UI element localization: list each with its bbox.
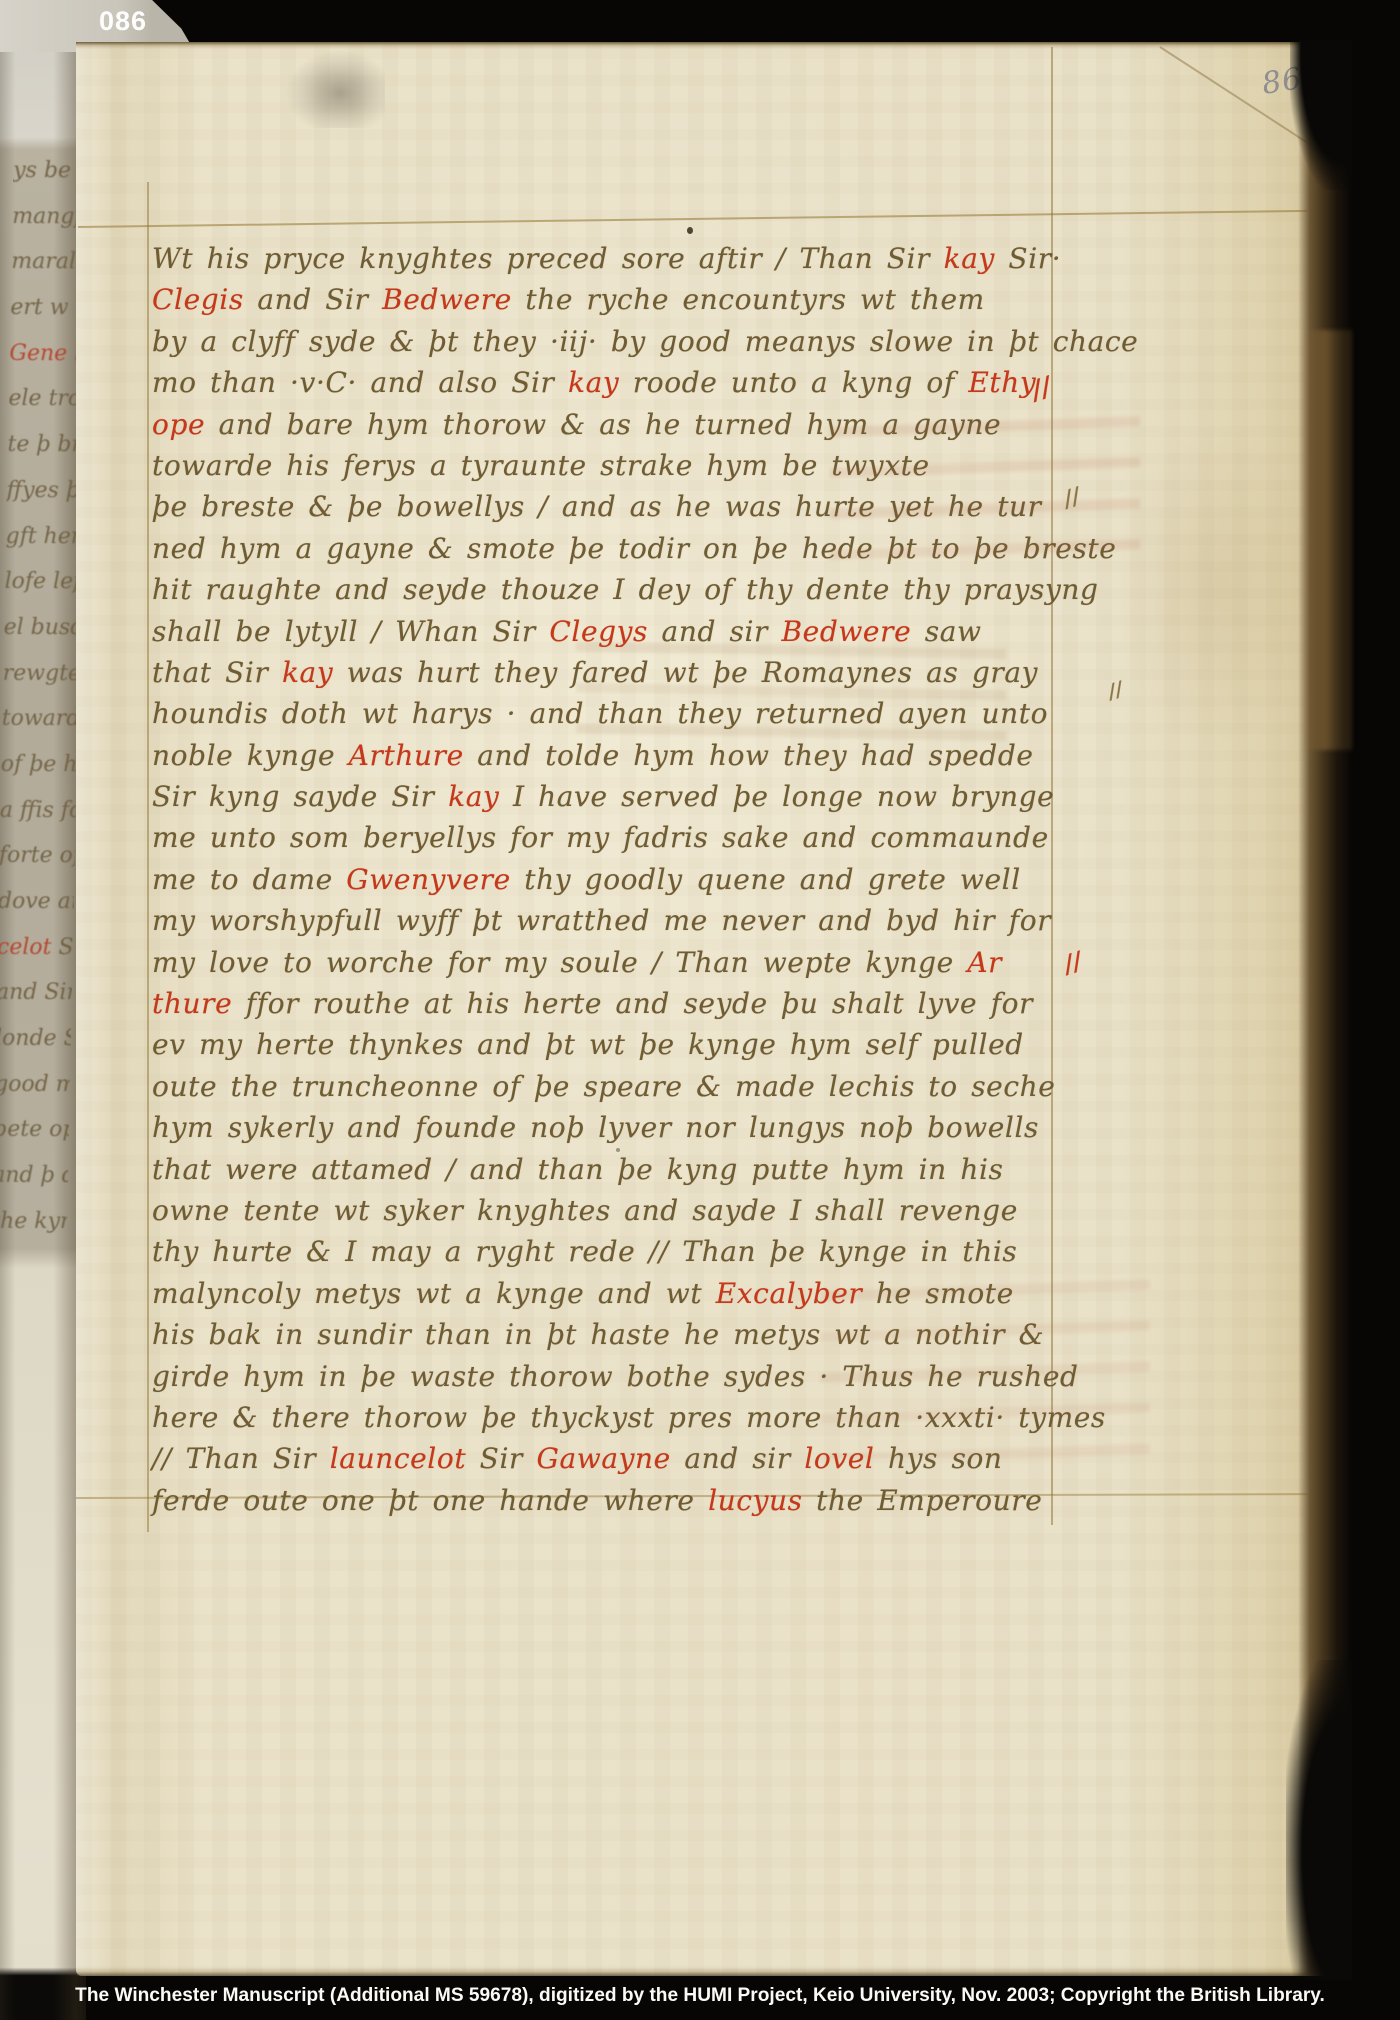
ink-text: by a clyff syde & þt they ·iij· by good … [152, 325, 1138, 358]
ink-text: thy goodly quene and grete well [511, 863, 1021, 896]
stain [285, 50, 385, 128]
rubricated-word: kay [448, 780, 499, 813]
ink-text: // Than Sir [152, 1442, 330, 1475]
manuscript-line: Sir kyng sayde Sir kay I have served þe … [152, 776, 1082, 817]
ink-text: me to dame [152, 863, 346, 896]
rubricated-word: ope [152, 408, 205, 441]
ink-text: Wt his pryce knyghtes preced sore aftir … [152, 242, 944, 275]
ink-text: was hurt they fared wt þe Romaynes as gr… [333, 656, 1038, 689]
rubricated-word: Bedwere [382, 283, 512, 316]
ink-speck [687, 227, 693, 234]
rubricated-word: thure [152, 987, 232, 1020]
prev-page-text-fragment: dove and Sir Bo [0, 879, 74, 925]
prev-page-text-fragment: gft here þ fo [5, 513, 81, 559]
prev-page-text-fragment: lofe left ut [5, 559, 81, 605]
prev-page-text-fragment: towarde Galop [2, 696, 78, 742]
prev-page-text-fragment: Gene hylad k [9, 331, 85, 377]
ink-text: hym sykerly and founde noþ lyver nor lun… [152, 1111, 1039, 1144]
manuscript-line: þe breste & þe bowellys / and as he was … [152, 486, 1082, 527]
rubricated-word: launcelot [330, 1442, 466, 1475]
ink-text: ferde oute one þt one hande where [152, 1484, 708, 1517]
ink-text: oute the truncheonne of þe speare & made… [152, 1070, 1055, 1103]
manuscript-line: ned hym a gayne & smote þe todir on þe h… [152, 528, 1082, 569]
rubricated-word: Clegys [549, 615, 648, 648]
ink-text: noble kynge [152, 739, 349, 772]
prev-page-text-fragment: rewgte he bofe [3, 650, 79, 696]
manuscript-line: owne tente wt syker knyghtes and sayde I… [152, 1190, 1082, 1231]
ink-text: Sir [466, 1442, 536, 1475]
ink-text: owne tente wt syker knyghtes and sayde I… [152, 1194, 1018, 1227]
rubricated-word: celot [0, 935, 58, 960]
ink-text: malyncoly metys wt a kynge and wt [152, 1277, 716, 1310]
ruling-line-top [78, 210, 1308, 228]
rubricated-word: Gene [9, 341, 74, 366]
manuscript-line: houndis doth wt harys · and than they re… [152, 693, 1082, 734]
ink-text: mo than ·v·C· and also Sir [152, 366, 568, 399]
ink-text: and bare hym thorow & as he turned hym a… [205, 408, 1001, 441]
manuscript-line: by a clyff syde & þt they ·iij· by good … [152, 321, 1082, 362]
prev-page-text-fragment: el busdgys an [4, 605, 80, 651]
ink-text: and Sir [244, 283, 382, 316]
ink-text: Sir· [995, 242, 1061, 275]
manuscript-line: thy hurte & I may a ryght rede // Than þ… [152, 1231, 1082, 1272]
manuscript-line: that Sir kay was hurt they fared wt þe R… [152, 652, 1082, 693]
ink-text: his bak in sundir than in þt haste he me… [152, 1318, 1044, 1351]
manuscript-line: shall be lytyll / Whan Sir Clegys and si… [152, 611, 1082, 652]
prev-page-text-fragment: good men of e [0, 1062, 70, 1108]
ruling-line-left [147, 182, 149, 1532]
ink-text: girde hym in þe waste thorow bothe sydes… [152, 1360, 1079, 1393]
manuscript-line: malyncoly metys wt a kynge and wt Excaly… [152, 1273, 1082, 1314]
ink-text: I have served þe longe now brynge [499, 780, 1054, 813]
ink-text: ffor routhe at his herte and seyde þu sh… [232, 987, 1033, 1020]
ink-text: saw [911, 615, 981, 648]
manuscript-line: oute the truncheonne of þe speare & made… [152, 1066, 1082, 1107]
rubricated-word: Ar [967, 946, 1002, 979]
ink-text: shall be lytyll / Whan Sir [152, 615, 549, 648]
rubricated-word: kay [944, 242, 995, 275]
ink-text: hit raughte and seyde thouze I dey of th… [152, 573, 1099, 606]
prev-page-text-fragment: and Sir Ywa [0, 970, 72, 1016]
ink-text: ned hym a gayne & smote þe todir on þe h… [152, 532, 1116, 565]
ink-text: he smote [862, 1277, 1013, 1310]
prev-page-text-fragment: bete oppon þ hys [0, 1107, 69, 1153]
rubricated-word: Gwenyvere [346, 863, 511, 896]
rubricated-word: lucyus [708, 1484, 803, 1517]
prev-page-text-fragment: te þ bragned ff [7, 422, 83, 468]
fore-edge-highlight [1304, 330, 1352, 750]
ink-text: roode unto a kyng of [619, 366, 968, 399]
ink-text: me unto som beryellys for my fadris sake… [152, 821, 1049, 854]
rubricated-word: Excalyber [716, 1277, 863, 1310]
manuscript-line: my worshypfull wyff þt wratthed me never… [152, 900, 1082, 941]
ink-text: my love to worche for my soule / Than we… [152, 946, 967, 979]
frame-number-label: 086 [99, 6, 147, 37]
manuscript-line: // Than Sir launcelot Sir Gawayne and si… [152, 1438, 1082, 1479]
digitized-manuscript-photo: 086 ys be gon fwmangft on ffrmaralo and … [0, 0, 1400, 2020]
prev-page-text-fragment: celot Sir Bors [0, 925, 73, 971]
manuscript-line: me to dame Gwenyvere thy goodly quene an… [152, 859, 1082, 900]
ink-text: hys son [874, 1442, 1002, 1475]
prev-page-text-fragment: forte of þe hede [0, 833, 75, 879]
rubricated-word: Ethy [968, 366, 1036, 399]
ink-text: houndis doth wt harys · and than they re… [152, 697, 1048, 730]
manuscript-line: towarde his ferys a tyraunte strake hym … [152, 445, 1082, 486]
manuscript-line: hym sykerly and founde noþ lyver nor lun… [152, 1107, 1082, 1148]
ink-text: and tolde hym how they had spedde [464, 739, 1034, 772]
prev-page-text-fragment: of þe hundr [1, 742, 77, 788]
ink-text: thy hurte & I may a ryght rede // Than þ… [152, 1235, 1017, 1268]
prev-page-text-fragment: ffyes þ Oytand [6, 468, 82, 514]
manuscript-line: ferde oute one þt one hande where lucyus… [152, 1480, 1082, 1521]
prev-page-text-fragment: the kynge [0, 1199, 67, 1245]
manuscript-text-block: Wt his pryce knyghtes preced sore aftir … [152, 238, 1082, 1521]
rubricated-word: Gawayne [537, 1442, 671, 1475]
ink-text: the ryche encountyrs wt them [512, 283, 985, 316]
ink-text: towarde his ferys a tyraunte strake hym … [152, 449, 930, 482]
manuscript-line: his bak in sundir than in þt haste he me… [152, 1314, 1082, 1355]
rubricated-word: Clegis [152, 283, 244, 316]
rubricated-word: kay [282, 656, 333, 689]
manuscript-line: here & there thorow þe thyckyst pres mor… [152, 1397, 1082, 1438]
caption: The Winchester Manuscript (Additional MS… [14, 1984, 1386, 2007]
ink-text: my worshypfull wyff þt wratthed me never… [152, 904, 1051, 937]
manuscript-line: Wt his pryce knyghtes preced sore aftir … [152, 238, 1082, 279]
manuscript-line: me unto som beryellys for my fadris sake… [152, 817, 1082, 858]
prev-page-text-fragment: londe Sir Lyo [0, 1016, 71, 1062]
manuscript-line: my love to worche for my soule / Than we… [152, 942, 1082, 983]
rubricated-word: Arthure [349, 739, 464, 772]
prev-page-text-fragment: ele troffes ov [8, 376, 84, 422]
prev-page-text-fragment: ert w his gon [10, 285, 86, 331]
manuscript-line: that were attamed / and than þe kyng put… [152, 1149, 1082, 1190]
rubricated-word: Bedwere [782, 615, 912, 648]
ink-text: that Sir [152, 656, 282, 689]
ink-text: here & there thorow þe thyckyst pres mor… [152, 1401, 1106, 1434]
ink-text: and Sir [0, 980, 84, 1005]
manuscript-line: ope and bare hym thorow & as he turned h… [152, 404, 1082, 445]
ink-text: and sir [671, 1442, 804, 1475]
discoloration-patch [1116, 422, 1316, 752]
fore-edge-shadow-bottom [1286, 1660, 1352, 1980]
manuscript-line: hit raughte and seyde thouze I dey of th… [152, 569, 1082, 610]
manuscript-page: 86 Wt his pryce knyghtes preced sore aft… [76, 42, 1348, 1976]
manuscript-line: thure ffor routhe at his herte and seyde… [152, 983, 1082, 1024]
fore-edge-shadow-top [1290, 40, 1352, 190]
manuscript-line: girde hym in þe waste thorow bothe sydes… [152, 1356, 1082, 1397]
ink-text: the Emperoure [803, 1484, 1043, 1517]
rubricated-word: lovel [804, 1442, 874, 1475]
ink-text: þe breste & þe bowellys / and as he was … [152, 490, 1042, 523]
ink-text: and sir [648, 615, 781, 648]
prev-page-text-fragment: and þ done gre [0, 1153, 68, 1199]
manuscript-line: noble kynge Arthure and tolde hym how th… [152, 735, 1082, 776]
manuscript-line: mo than ·v·C· and also Sir kay roode unt… [152, 362, 1082, 403]
manuscript-line: Clegis and Sir Bedwere the ryche encount… [152, 279, 1082, 320]
manuscript-line: ev my herte thynkes and þt wt þe kynge h… [152, 1024, 1082, 1065]
ink-text: Sir kyng sayde Sir [152, 780, 448, 813]
rubricated-word: kay [568, 366, 619, 399]
ink-text: ev my herte thynkes and þt wt þe kynge h… [152, 1028, 1024, 1061]
ink-text: that were attamed / and than þe kyng put… [152, 1153, 1003, 1186]
prev-page-text-fragment: a ffis forte þ kyng [0, 787, 76, 833]
